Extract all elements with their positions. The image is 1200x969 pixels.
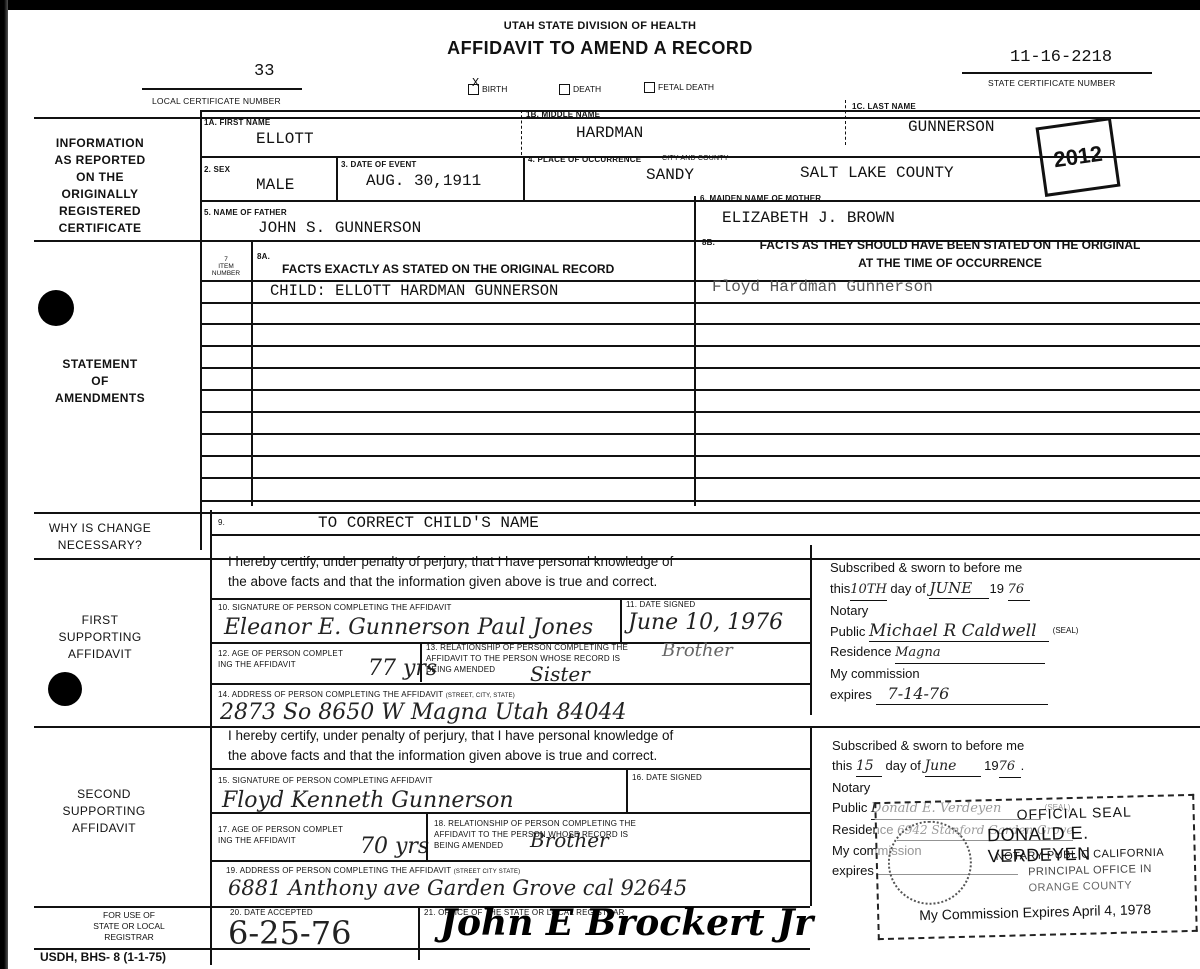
first-notary-month[interactable]: JUNE <box>929 578 989 599</box>
first-notary-residence[interactable]: Magna <box>895 643 1045 664</box>
divider <box>200 345 1200 347</box>
divider <box>810 726 812 906</box>
first-age-label: 12. AGE OF PERSON COMPLET ING THE AFFIDA… <box>218 648 343 670</box>
first-address-label: 14. ADDRESS OF PERSON COMPLETING THE AFF… <box>218 690 515 699</box>
col-8b-header: FACTS AS THEY SHOULD HAVE BEEN STATED ON… <box>700 236 1200 272</box>
second-notary-day[interactable]: 15 <box>856 756 882 777</box>
middle-name-value[interactable]: HARDMAN <box>576 124 643 142</box>
divider <box>336 156 338 200</box>
first-date-signed-label: 11. DATE SIGNED <box>626 600 695 609</box>
first-address[interactable]: 2873 So 8650 W Magna Utah 84044 <box>220 700 627 725</box>
first-signature[interactable]: Eleanor E. Gunnerson Paul Jones <box>224 615 593 640</box>
divider <box>200 477 1200 479</box>
date-accepted-value[interactable]: 6-25-76 <box>228 914 351 952</box>
first-name-label: 1A. FIRST NAME <box>204 118 270 127</box>
file-stamp: 2012 <box>1035 117 1120 197</box>
second-address-label: 19. ADDRESS OF PERSON COMPLETING THE AFF… <box>226 866 520 875</box>
divider <box>845 100 846 145</box>
divider <box>418 906 420 960</box>
agency-name: UTAH STATE DIVISION OF HEALTH <box>0 20 1200 32</box>
punch-hole <box>38 290 74 326</box>
form-id: USDH, BHS- 8 (1-1-75) <box>40 950 166 964</box>
divider <box>626 768 628 812</box>
checkbox-death[interactable] <box>559 84 570 95</box>
record-type-death[interactable]: DEATH <box>559 84 601 95</box>
local-certificate-number: 33 <box>254 62 274 81</box>
first-date-signed[interactable]: June 10, 1976 <box>628 610 783 635</box>
state-certificate-number: 11-16-2218 <box>1010 48 1112 67</box>
date-of-event-label: 3. DATE OF EVENT <box>341 160 417 169</box>
col-8a-header: FACTS EXACTLY AS STATED ON THE ORIGINAL … <box>282 262 614 276</box>
divider <box>962 72 1152 74</box>
divider <box>200 455 1200 457</box>
divider <box>523 156 525 200</box>
divider <box>200 389 1200 391</box>
second-relationship[interactable]: Brother <box>530 828 609 852</box>
scan-left-edge <box>0 0 8 969</box>
item-number-header: 7 ITEM NUMBER <box>206 256 246 277</box>
first-notary-name[interactable]: Michael R Caldwell <box>869 621 1049 642</box>
sex-label: 2. SEX <box>204 165 230 174</box>
divider <box>200 110 202 550</box>
sex-value[interactable]: MALE <box>256 176 294 194</box>
divider <box>210 860 810 862</box>
amendment-row-original[interactable]: CHILD: ELLOTT HARDMAN GUNNERSON <box>270 282 558 300</box>
second-signature[interactable]: Floyd Kenneth Gunnerson <box>222 788 514 813</box>
section-reason-label: WHY IS CHANGE NECESSARY? <box>40 520 160 554</box>
notary-seal-emblem <box>887 820 973 906</box>
section-original-info-label: INFORMATION AS REPORTED ON THE ORIGINALL… <box>40 135 160 237</box>
divider <box>426 812 428 860</box>
divider <box>200 367 1200 369</box>
first-certification-text: I hereby certify, under penalty of perju… <box>228 552 673 592</box>
second-notary-year[interactable]: 76 <box>999 757 1021 778</box>
divider <box>34 512 1200 514</box>
second-address[interactable]: 6881 Anthony ave Garden Grove cal 92645 <box>228 876 687 900</box>
county-value[interactable]: SALT LAKE COUNTY <box>800 164 954 182</box>
second-certification-text: I hereby certify, under penalty of perju… <box>228 726 673 766</box>
checkbox-fetal-death[interactable] <box>644 82 655 93</box>
second-signature-label: 15. SIGNATURE OF PERSON COMPLETING AFFID… <box>218 776 433 785</box>
mother-label: 6. MAIDEN NAME OF MOTHER <box>700 194 821 203</box>
record-type-birth[interactable]: XBIRTH <box>468 84 507 95</box>
first-notary-day[interactable]: 10TH <box>850 580 887 601</box>
first-relationship-label: 13. RELATIONSHIP OF PERSON COMPLETING TH… <box>426 642 628 675</box>
checkbox-birth[interactable]: X <box>468 84 479 95</box>
scan-top-edge <box>0 0 1200 10</box>
divider <box>620 598 622 642</box>
divider <box>200 323 1200 325</box>
amendment-row-corrected[interactable]: Floyd Hardman Gunnerson <box>712 278 933 296</box>
divider <box>521 110 522 155</box>
second-date-signed-label: 16. DATE SIGNED <box>632 773 702 782</box>
section-second-affidavit-label: SECOND SUPPORTING AFFIDAVIT <box>44 786 164 837</box>
reason-number: 9. <box>218 518 225 527</box>
official-notary-seal: OFFICIAL SEAL DONALD E. VERDEYEN NOTARY … <box>874 794 1198 940</box>
second-age[interactable]: 70 yrs <box>360 834 429 859</box>
divider <box>200 433 1200 435</box>
last-name-label: 1C. LAST NAME <box>852 102 916 111</box>
first-notary-expires[interactable]: 7-14-76 <box>876 684 1048 705</box>
father-label: 5. NAME OF FATHER <box>204 208 287 217</box>
place-sublabel: CITY AND COUNTY <box>662 155 729 162</box>
last-name-value[interactable]: GUNNERSON <box>908 118 994 136</box>
father-value[interactable]: JOHN S. GUNNERSON <box>258 219 421 237</box>
divider <box>200 302 1200 304</box>
first-notary-year[interactable]: 76 <box>1008 580 1030 601</box>
divider <box>200 500 1200 502</box>
second-age-label: 17. AGE OF PERSON COMPLET ING THE AFFIDA… <box>218 824 343 846</box>
divider <box>210 598 810 600</box>
first-name-value[interactable]: ELLOTT <box>256 130 314 148</box>
middle-name-label: 1B. MIDDLE NAME <box>526 110 600 119</box>
divider <box>210 510 212 965</box>
city-value[interactable]: SANDY <box>646 166 694 184</box>
mother-value[interactable]: ELIZABETH J. BROWN <box>722 209 895 227</box>
divider <box>210 534 1200 536</box>
record-type-fetal-death[interactable]: FETAL DEATH <box>644 82 714 93</box>
date-of-event-value[interactable]: AUG. 30,1911 <box>366 172 481 190</box>
divider <box>142 88 302 90</box>
section-registrar-label: FOR USE OF STATE OR LOCAL REGISTRAR <box>74 910 184 943</box>
first-relationship-overwritten: Brother <box>662 640 733 661</box>
divider <box>210 812 810 814</box>
divider <box>210 683 810 685</box>
local-certificate-label: LOCAL CERTIFICATE NUMBER <box>152 96 281 106</box>
second-notary-month[interactable]: June <box>925 756 981 777</box>
divider <box>200 110 1200 112</box>
registrar-signature[interactable]: John E Brockert Jr <box>440 902 813 944</box>
divider <box>200 411 1200 413</box>
col-8a-number: 8A. <box>257 252 270 261</box>
divider <box>210 768 810 770</box>
first-notary-block: Subscribed & sworn to before me this10TH… <box>830 558 1190 705</box>
state-certificate-label: STATE CERTIFICATE NUMBER <box>988 78 1115 88</box>
punch-hole <box>48 672 82 706</box>
divider <box>420 642 422 682</box>
section-amendments-label: STATEMENT OF AMENDMENTS <box>40 356 160 407</box>
divider <box>694 196 696 506</box>
reason-value[interactable]: TO CORRECT CHILD'S NAME <box>318 514 539 532</box>
first-signature-label: 10. SIGNATURE OF PERSON COMPLETING THE A… <box>218 603 452 612</box>
divider <box>810 545 812 715</box>
place-label: 4. PLACE OF OCCURRENCE <box>528 155 641 164</box>
section-first-affidavit-label: FIRST SUPPORTING AFFIDAVIT <box>40 612 160 663</box>
